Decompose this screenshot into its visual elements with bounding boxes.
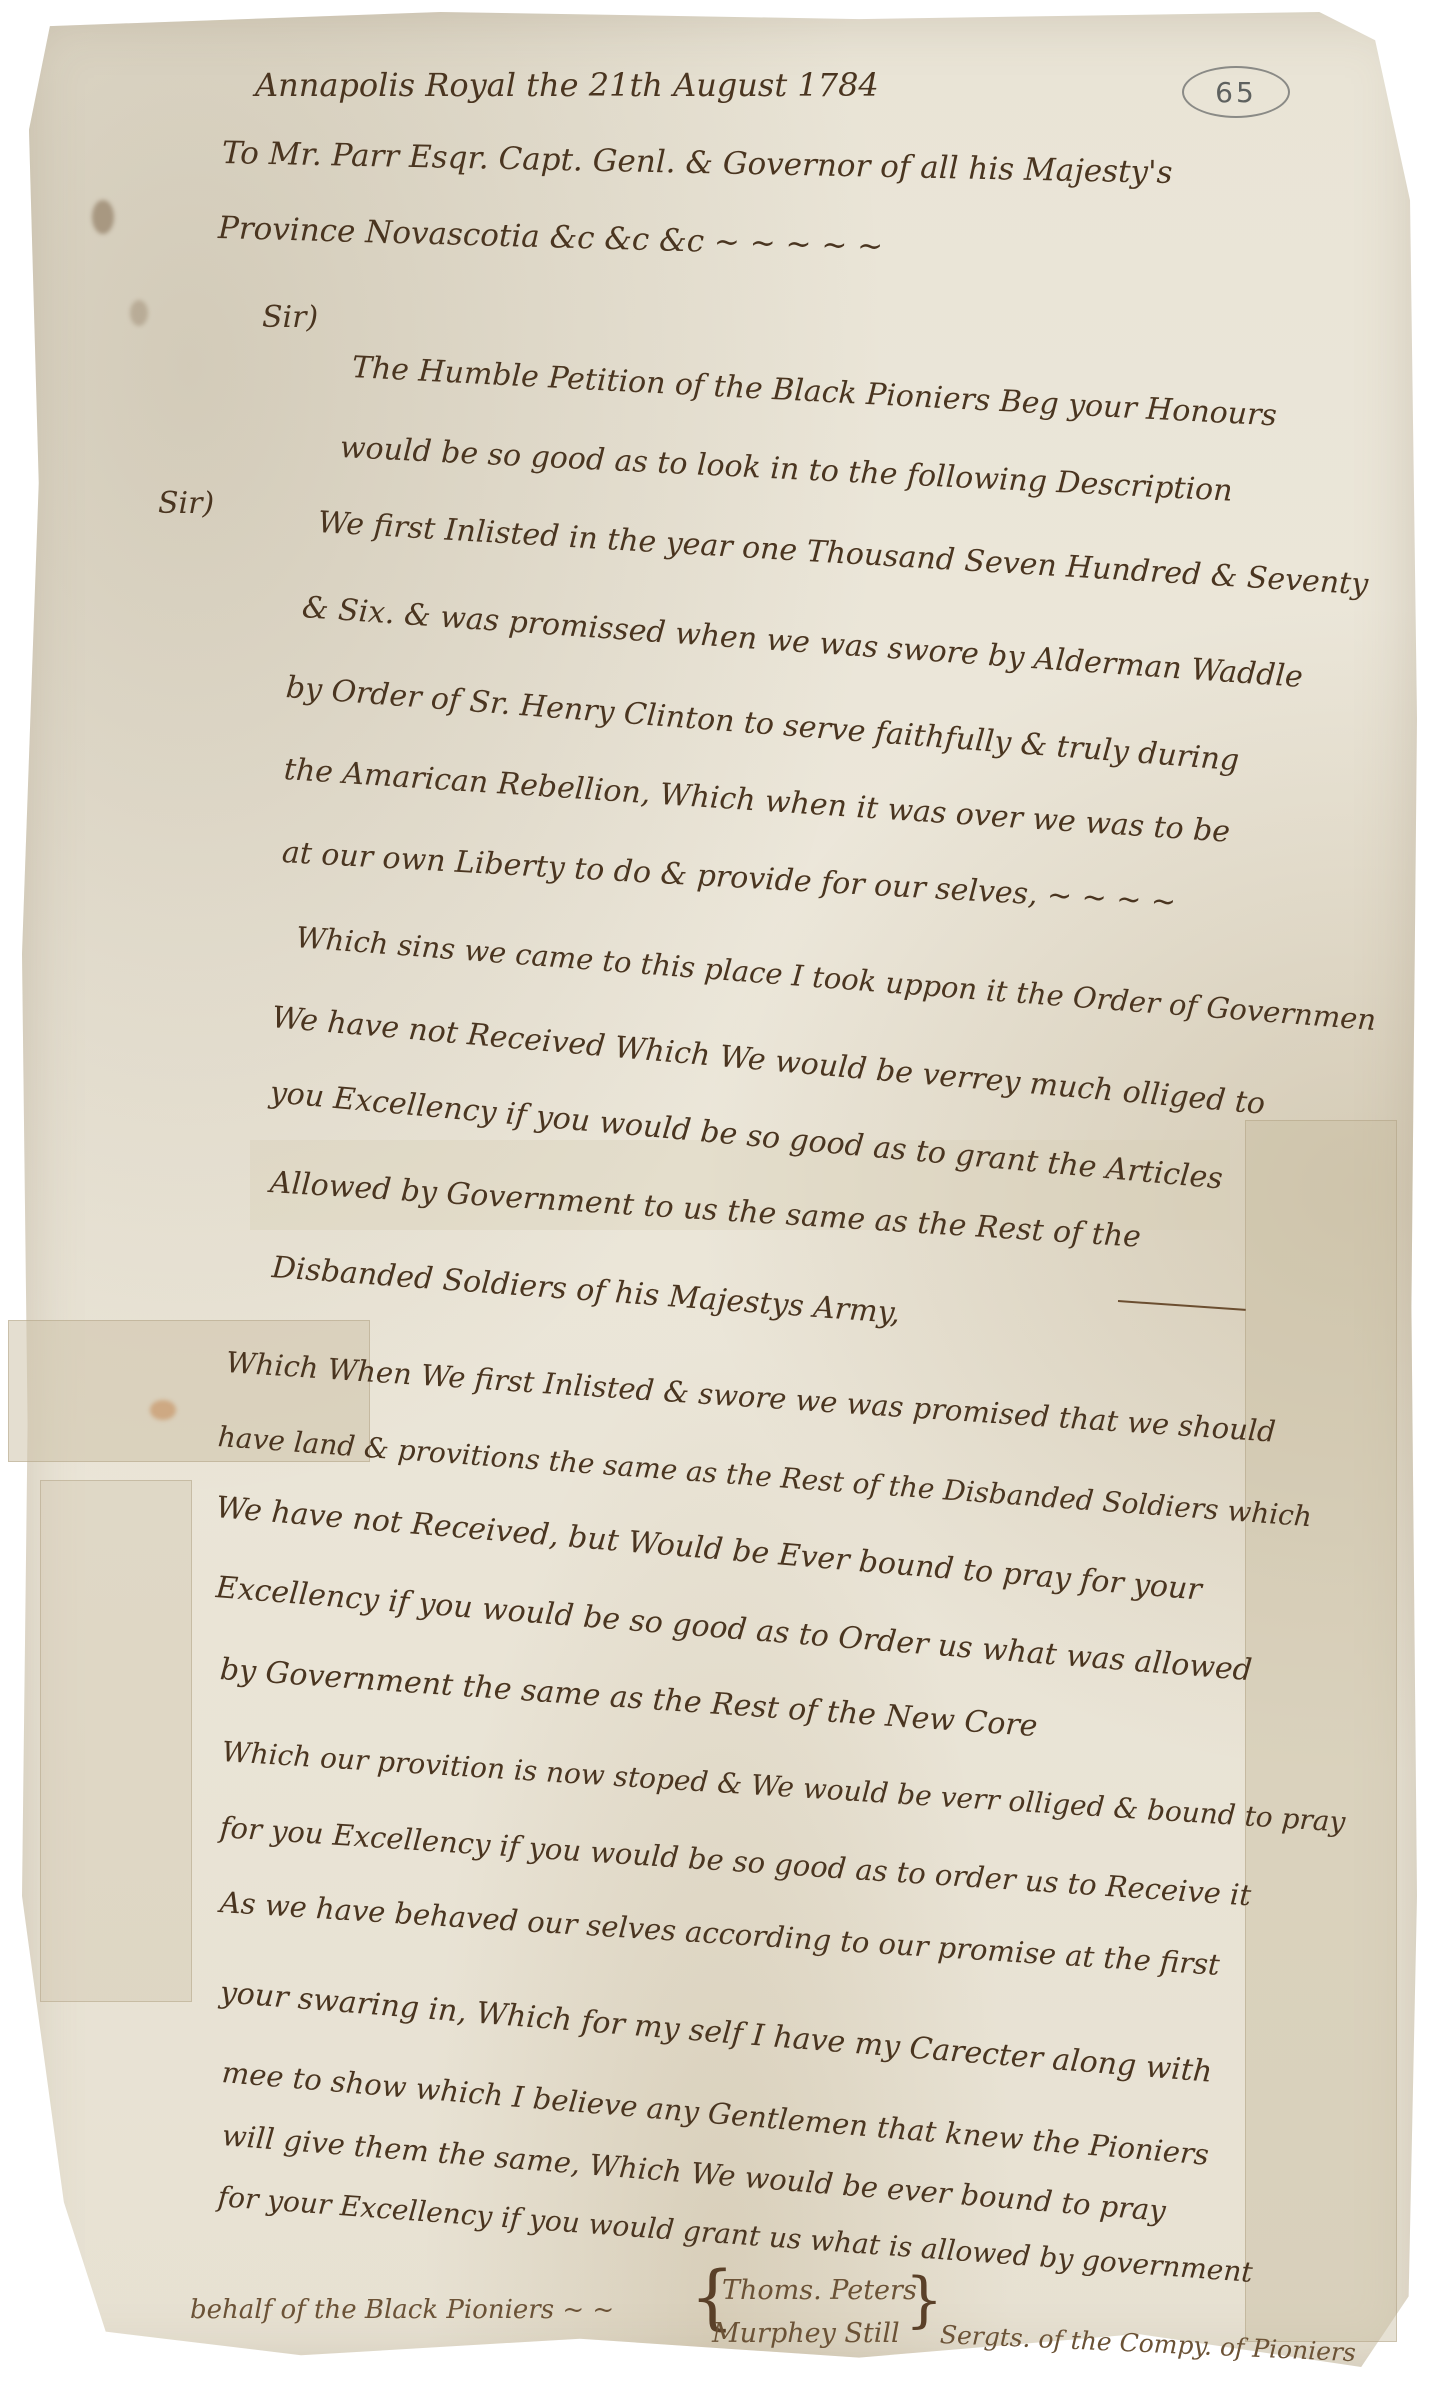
salutation: Sir)	[262, 300, 318, 335]
dateline: Annapolis Royal the 21th August 1784	[255, 66, 879, 104]
margin-salutation: Sir)	[158, 486, 214, 521]
folio-number: 65	[1182, 66, 1290, 118]
ink-stain	[130, 300, 148, 326]
repair-tape-left-lower	[40, 1480, 192, 2002]
repair-tape-right	[1245, 1120, 1397, 2342]
rust-stain	[150, 1400, 176, 1420]
signature-brace-close: }	[905, 2270, 943, 2330]
signatory-1: Thoms. Peters	[722, 2275, 917, 2306]
signatory-2: Murphey Still	[712, 2318, 900, 2349]
closing-behalf: behalf of the Black Pioniers ~ ~	[190, 2295, 614, 2325]
ink-stain	[92, 200, 114, 234]
